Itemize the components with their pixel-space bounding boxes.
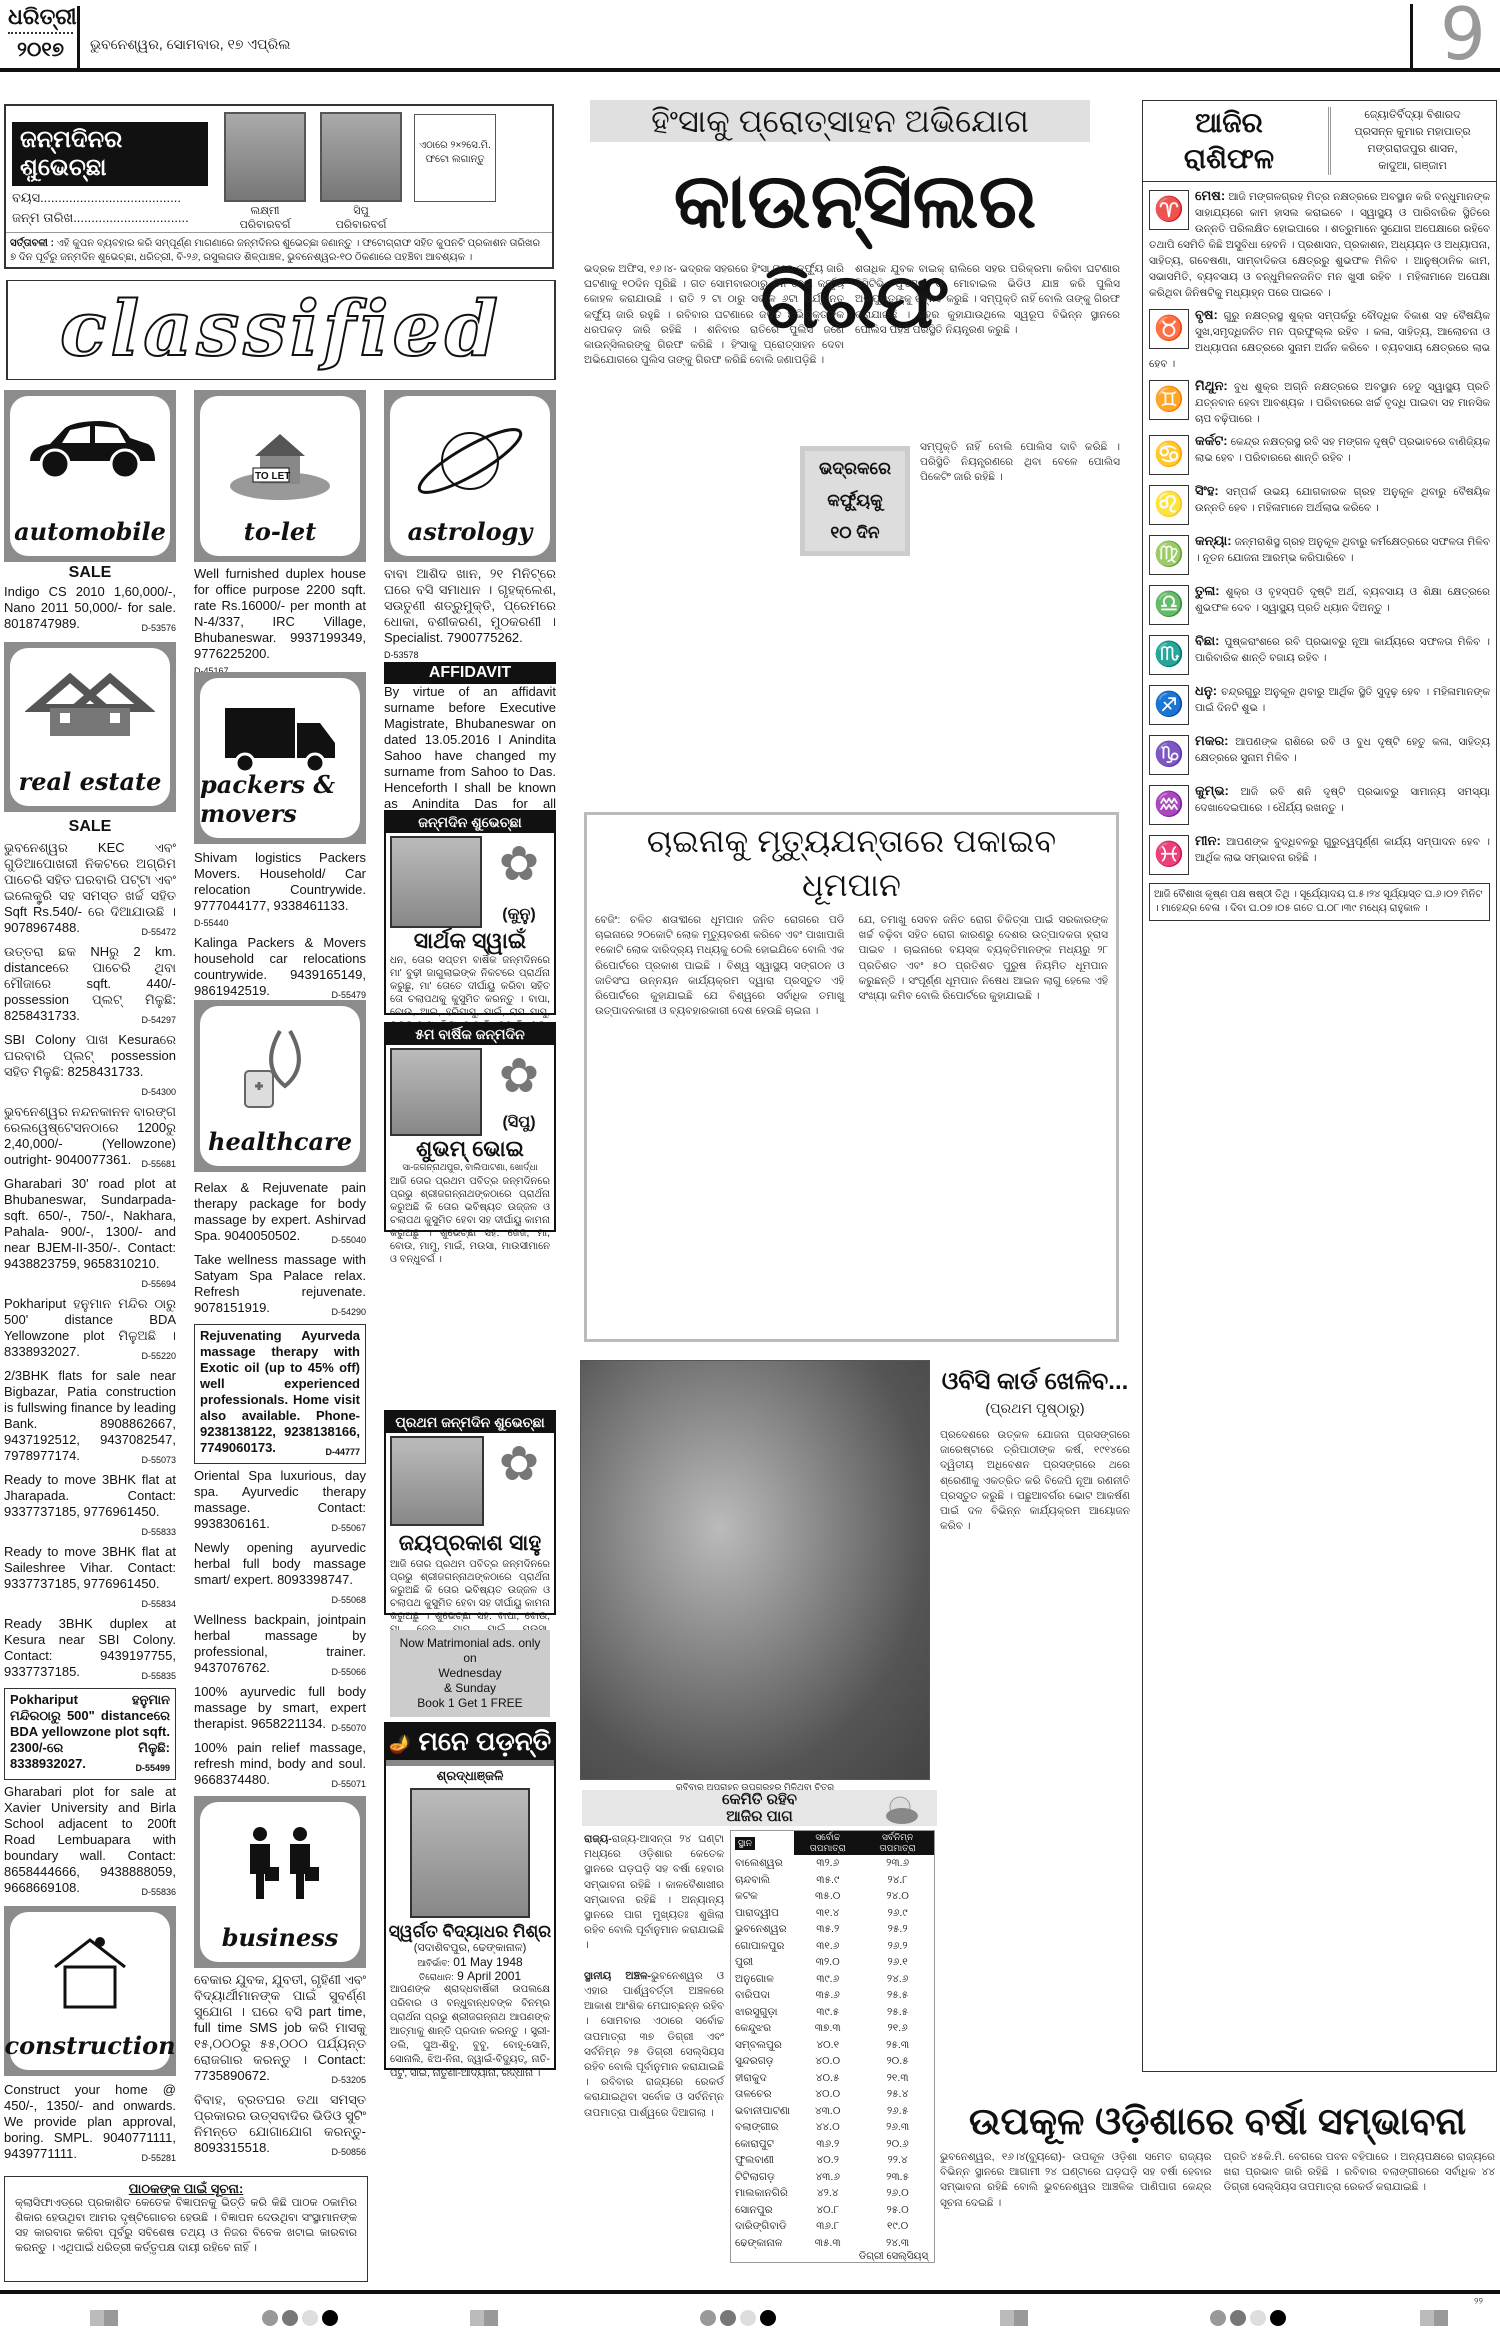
city: ପାରାଦ୍ୱୀପ [731,1905,794,1922]
temperature-row: ଗୋପାଳପୁର୩୧.୬୨୬.୨ [731,1938,934,1955]
ad-item: ବେକାର ଯୁବକ, ଯୁବତୀ, ଗୃହିଣୀ ଏବଂ ବିଦ୍ୟାର୍ଥୀ… [194,1972,366,2088]
rain-col-2: ପ୍ରତି ୪୫କି.ମି. ବେଗରେ ପବନ ବହିପାରେ । ଅନ୍ୟପ… [1224,2150,1496,2211]
smoking-headline[interactable]: ଚାଇନାକୁ ମୃତ୍ୟୁଯନ୍ତାରେ ପକାଇବ ଧୂମପାନ [595,819,1108,907]
max-temp: ୩୭.୩ [794,2020,861,2037]
readers-notice: ପାଠକଙ୍କ ପାଇଁ ସୂଚନା: କ୍ଲାସିଫାଏଡ୍‌ରେ ପ୍ରକା… [4,2176,368,2282]
category-label: healthcare [208,1127,352,1156]
ad-item: Newly opening ayurvedic herbal full body… [194,1540,366,1608]
min-temp: ୨୪.୩ [861,2235,934,2252]
to-let-house-icon: TO LET [200,416,360,506]
ad-item: Ready to move 3BHK flat at Saileshree Vi… [4,1544,176,1612]
healthcare-ads: Relax & Rejuvenate pain therapy package … [194,1180,366,1792]
zodiac-text: ଶୁକ୍ର ଓ ବୃହସ୍ପତି ଦୃଷ୍ଟି ଅର୍ଥ, ବ୍ୟବସାୟ ଓ … [1195,586,1490,614]
category-construction[interactable]: construction [4,1906,176,2076]
zodiac-name: ମିଥୁନ: [1195,378,1228,393]
category-label: automobile [14,517,166,546]
max-temp: ୪୩.୦ [794,2103,861,2120]
min-temp: ୨୩.୫ [861,2169,934,2186]
max-temp: ୪୦.୫ [794,2070,861,2087]
obc-headline[interactable]: ଓବିସି କାର୍ଡ ଖେଳିବ... [935,1368,1135,1396]
greeting-body: ଆଜି ତୋର ପ୍ରଥମ ପବିତ୍ର ଜନ୍ମଦିନରେ ପ୍ରଭୁ ଶ୍ର… [386,1175,554,1266]
registration-mark [90,2310,118,2326]
ad-item: SBI Colony ପାଖ Kesuraରେ ଘରବାରି ପ୍ଲଟ୍ pos… [4,1032,176,1100]
zodiac-text: ବୁଧ ଶୁକ୍ର ଅଗ୍ନି ନକ୍ଷତ୍ରରେ ଅବସ୍ଥାନ ହେତୁ ସ… [1195,381,1490,425]
min-temp: ୨୪.୮ [861,1872,934,1889]
flower-icon: ✿ [486,1048,552,1104]
obituary-place: (ସଦାଶିବପୁର, ଢେଙ୍କାନାଳ) [386,1942,554,1955]
min-temp: ୨୦.୬ [861,2136,934,2153]
temperature-row: ତାଳଚେର୪୦.୦୨୫.୪ [731,2086,934,2103]
max-temp: ୩୫.୦ [794,1888,861,1905]
sale-heading: SALE [4,564,176,582]
max-temp: ୩୯.୫ [794,2004,861,2021]
min-temp: ୨୧.୬ [861,2020,934,2037]
zodiac-text: ପୁଷ୍କରାଂଶରେ ରବି ପ୍ରଭାବରୁ ନୂଆ କାର୍ଯ୍ୟରେ ସ… [1195,636,1490,664]
zodiac-name: ବୃଷ: [1195,307,1218,322]
city: ତାଳଚେର [731,2086,794,2103]
zodiac-text: ଚନ୍ଦ୍ରଗୁରୁ ଅନୁକୂଳ ଥିବାରୁ ଆର୍ଥିକ ସ୍ଥିତି ସ… [1195,686,1490,714]
zodiac-text: ଆଜି ମଙ୍ଗଳଗ୍ରହ ମିତ୍ର ନକ୍ଷତ୍ରରେ ଅବସ୍ଥାନ କର… [1149,191,1490,299]
zodiac-sign-entry: ♑ମକର: ଆପଣଙ୍କ ରାଶିରେ ରବି ଓ ବୁଧ ଦୃଷ୍ଟି ହେତ… [1149,733,1490,777]
max-temp: ୪୪.୦ [794,2119,861,2136]
coupon-terms: ସର୍ତ୍ତାବଳୀ : ଏହି କୁପନ ବ୍ୟବହାର କରି ସମ୍ପୂର… [6,232,552,269]
masthead: ଧରିତ୍ରୀ ୨୦୧୭ ଭୁବନେଶ୍ୱର, ସୋମବାର, ୧୭ ଏପ୍ରି… [0,0,1500,72]
ad-item: Wellness backpain, jointpain herbal mass… [194,1612,366,1680]
zodiac-sign-entry: ♏ବିଛା: ପୁଷ୍କରାଂଶରେ ରବି ପ୍ରଭାବରୁ ନୂଆ କାର୍… [1149,633,1490,677]
business-ads: ବେକାର ଯୁବକ, ଯୁବତୀ, ଗୃହିଣୀ ଏବଂ ବିଦ୍ୟାର୍ଥୀ… [194,1972,366,2160]
flower-icon: ✿ [486,836,552,892]
lead-kicker: ହିଂସାକୁ ପ୍ରୋତ୍ସାହନ ଅଭିଯୋଗ [590,100,1090,142]
temperature-row: ଟିଟିଲାଗଡ଼୪୩.୬୨୩.୫ [731,2169,934,2186]
logo-name: ଧରିତ୍ରୀ [8,2,73,32]
zodiac-text: ଜନ୍ମରାଶିସ୍ଥ ଗ୍ରହ ଅନୁକୂଳ ଥିବାରୁ କର୍ମକ୍ଷେତ… [1195,536,1490,564]
color-registration-dots [700,2310,776,2326]
notice-body: କ୍ଲାସିଫାଏଡ୍‌ରେ ପ୍ରକାଶିତ କେତେକ ବିଜ୍ଞାପନକୁ… [15,2196,357,2256]
zodiac-name: କର୍କଟ: [1195,433,1228,448]
zodiac-sign-entry: ♋କର୍କଟ: କେନ୍ଦ୍ର ନକ୍ଷତ୍ରସ୍ଥ ରବି ସହ ମଙ୍ଗଳ … [1149,433,1490,477]
temperature-row: ସୋନପୁର୪୦.୮୨୫.୦ [731,2202,934,2219]
max-temp: ୩୫.୬ [794,1987,861,2004]
greeting-header: ଜନ୍ମଦିନ ଶୁଭେଚ୍ଛା [386,812,554,833]
zodiac-sign-entry: ♒କୁମ୍ଭ: ଆଜି ରବି ଶନି ଦୃଷ୍ଟି ପ୍ରଭାବରୁ ସାମା… [1149,783,1490,827]
zodiac-name: ମେଷ: [1195,188,1225,203]
max-temp: ୩୨.୦ [794,1954,861,1971]
greeting-name: ଜୟପ୍ରକାଶ ସାହୁ [386,1530,554,1556]
temperature-row: ଦାରିଙ୍ଗିବାଡି୩୬.୮୧୯.୦ [731,2218,934,2235]
category-healthcare[interactable]: healthcare [194,1000,366,1172]
city: ମାଲକାନଗିରି [731,2185,794,2202]
max-temp: ୩୫.୨ [794,1921,861,1938]
category-automobile[interactable]: automobile [4,390,176,562]
zodiac-icon: ♋ [1149,435,1189,475]
zodiac-name: ମକର: [1195,733,1229,748]
zodiac-icon: ♓ [1149,835,1189,875]
temperature-row: ଭବାନୀପାଟଣା୪୩.୦୨୬.୫ [731,2103,934,2120]
zodiac-icon: ♎ [1149,585,1189,625]
zodiac-sign-entry: ♎ତୁଳା: ଶୁକ୍ର ଓ ବୃହସ୍ପତି ଦୃଷ୍ଟି ଅର୍ଥ, ବ୍ୟ… [1149,583,1490,627]
obituary-name: ସ୍ୱର୍ଗତ ବିଦ୍ୟାଧର ମିଶ୍ର [386,1922,554,1942]
city: ଟିଟିଲାଗଡ଼ [731,2169,794,2186]
min-temp: ୨୫.୨ [861,1921,934,1938]
max-temp: ୪୦.୨ [794,2152,861,2169]
ad-item: ବିବାହ, ବ୍ରତଘର ତଥା ସମସ୍ତ ପ୍ରକାରର ଉତ୍ସବାଦି… [194,2092,366,2160]
greeting-header: ୫ମ ବାର୍ଷିକ ଜନ୍ମଦିନ [386,1024,554,1045]
zodiac-icon: ♌ [1149,485,1189,525]
zodiac-icon: ♐ [1149,685,1189,725]
real-estate-ads: ଭୁବନେଶ୍ୱର KEC ଏବଂ ଗୁଡିଆପୋଖରୀ ନିକଟରେ ଅଗ୍ର… [4,840,176,1900]
min-temp: ୨୩.୬ [861,1855,934,1872]
city: ଭୁବନେଶ୍ୱର [731,1921,794,1938]
birthday-coupon: ଜନ୍ମଦିନର ଶୁଭେଚ୍ଛା ନାମ...................… [4,104,554,269]
smoking-story: ଚାଇନାକୁ ମୃତ୍ୟୁଯନ୍ତାରେ ପକାଇବ ଧୂମପାନ ବେଜିଂ… [584,812,1119,1342]
category-label: business [222,1923,339,1952]
max-temp: ୩୯.୬ [794,1971,861,1988]
temperature-row: ଢେଙ୍କାନାଳ୩୫.୩୨୪.୩ [731,2235,934,2252]
temperature-row: ସୁନ୍ଦରଗଡ଼୪୦.୦୨୦.୫ [731,2053,934,2070]
sample-photo-1 [224,112,306,202]
obituary-subheader: ଶ୍ରଦ୍ଧାଞ୍ଜଳି [386,1768,554,1784]
temperature-row: କେନ୍ଦୁଝର୩୭.୩୨୧.୬ [731,2020,934,2037]
age-field[interactable]: ବୟସ.....................................… [12,190,202,206]
ad-item: Gharabari plot for sale at Xavier Univer… [4,1784,176,1900]
temperature-row: କଟକ୩୫.୦୨୪.୦ [731,1888,934,1905]
city: ଗୋପାଳପୁର [731,1938,794,1955]
car-icon [10,416,170,486]
ad-item: 2/3BHK flats for sale near Bigbazar, Pat… [4,1368,176,1468]
zodiac-name: କନ୍ୟା: [1195,533,1232,548]
max-temp: ୩୬.୮ [794,2218,861,2235]
zodiac-icon: ♈ [1149,190,1189,230]
city: ସୁନ୍ଦରଗଡ଼ [731,2053,794,2070]
city: ଝାରସୁଗୁଡ଼ା [731,2004,794,2021]
temperature-row: ଭୁବନେଶ୍ୱର୩୫.୨୨୫.୨ [731,1921,934,1938]
ad-item: ଭୁବନେଶ୍ୱର KEC ଏବଂ ଗୁଡିଆପୋଖରୀ ନିକଟରେ ଅଗ୍ର… [4,840,176,940]
photo-caption-2: ସିପୁପରିବାରବର୍ଗ [320,204,402,232]
category-packers-movers[interactable]: packers & movers [194,672,366,844]
sale-heading: SALE [4,818,176,836]
min-temp: ୨୬.୨ [861,1938,934,1955]
construction-house-icon [10,1932,170,2012]
city: କଟକ [731,1888,794,1905]
ad-item: Oriental Spa luxurious, day spa. Ayurved… [194,1468,366,1536]
min-temp: ୨୧.୩ [861,2070,934,2087]
registration-mark [1420,2310,1448,2326]
ad-automobile: Indigo CS 2010 1,60,000/-, Nano 2011 50,… [4,584,176,636]
obituary-header: 🪔 ମନେ ପଡ଼ନ୍ତି [386,1724,554,1766]
greeting-nickname: (କୁନୁ) [486,906,552,924]
temperature-row: ହୀରାକୁଦ୪୦.୫୨୧.୩ [731,2070,934,2087]
zodiac-sign-entry: ♉ବୃଷ: ଗୁରୁ ନକ୍ଷତ୍ରସ୍ଥ ଶୁକ୍ର ସମ୍ପର୍କରୁ ବୌ… [1149,307,1490,372]
city: କେନ୍ଦୁଝର [731,2020,794,2037]
temperature-row: ପାରାଦ୍ୱୀପ୩୧.୪୨୬.୯ [731,1905,934,1922]
zodiac-text: ଆପଣଙ୍କ ରାଶିରେ ରବି ଓ ବୁଧ ଦୃଷ୍ଟି ହେତୁ କଳା,… [1195,736,1490,764]
city: ସୋନପୁର [731,2202,794,2219]
planet-icon [390,416,550,506]
city: କୋରାପୁଟ [731,2136,794,2153]
min-temp: ୨୬.୩ [861,2119,934,2136]
smoking-col-1: ବେଜିଂ: ଚଳିତ ଶତାବ୍ଦୀରେ ଧୂମପାନ ଜନିତ ରୋଗରେ … [595,913,845,1019]
zodiac-icon: ♑ [1149,735,1189,775]
category-label: construction [4,2031,175,2060]
notice-title: ପାଠକଙ୍କ ପାଇଁ ସୂଚନା: [15,2181,357,2196]
zodiac-icon: ♊ [1149,380,1189,420]
affidavit-heading: AFFIDAVIT [384,662,556,684]
satellite-image [580,1360,930,1780]
dob-field[interactable]: ଜନ୍ମ ତାରିଖ..............................… [12,210,202,226]
min-temp: ୨୪.୦ [861,1888,934,1905]
name-field[interactable]: ନାମ.....................................… [12,170,202,186]
ad-item: Ready 3BHK duplex at Kesura near SBI Col… [4,1616,176,1684]
min-temp: ୨୫.୫ [861,2004,934,2021]
obc-continuation: (ପ୍ରଥମ ପୃଷ୍ଠାରୁ) [935,1400,1135,1417]
category-astrology[interactable]: astrology [384,390,556,562]
birthday-greeting-3: ପ୍ରଥମ ଜନ୍ମଦିନ ଶୁଭେଚ୍ଛା ✿ ଜୟପ୍ରକାଶ ସାହୁ ଆ… [384,1410,556,1615]
photo-placeholder[interactable]: ଏଠାରେ ୨×୨ସେ.ମି. ଫଟୋ ଲଗାନ୍ତୁ [414,114,496,202]
zodiac-name: କୁମ୍ଭ: [1195,783,1229,798]
child-photo [390,1048,482,1136]
baby-photo [390,1436,484,1526]
portrait-photo [410,1788,530,1918]
min-temp: ୨୬.୫ [861,2103,934,2120]
business-people-icon [200,1822,360,1902]
ad-item: ଭୁବନେଶ୍ୱର ନନ୍ଦନକାନନ ବାରଙ୍ଗ ରେଲୱେଷ୍ଟେସନଠା… [4,1104,176,1172]
footer-rule [0,2290,1500,2294]
city: ବାରିପଦା [731,1987,794,2004]
ad-item: 100% ayurvedic full body massage by smar… [194,1684,366,1736]
ad-item: Shivam logistics Packers Movers. Househo… [194,850,366,931]
newspaper-logo[interactable]: ଧରିତ୍ରୀ ୨୦୧୭ [8,2,73,64]
page-code: ୨୨ [1474,2296,1483,2307]
zodiac-icon: ♉ [1149,309,1189,349]
city: ଚାନ୍ଦବାଲି [731,1872,794,1889]
temperature-table: ସ୍ଥାନ ସର୍ବୋଚ୍ଚ ତାପମାତ୍ରା ସର୍ବନିମ୍ନ ତାପମା… [730,1830,935,2263]
ad-item: Pokhariput ହନୁମାନ ମନ୍ଦିର ଠାରୁ 500' dista… [4,1296,176,1364]
min-temp: ୧୯.୦ [861,2218,934,2235]
masthead-divider [77,6,80,72]
obituary: 🪔 ମନେ ପଡ଼ନ୍ତି ଶ୍ରଦ୍ଧାଞ୍ଜଳି ସ୍ୱର୍ଗତ ବିଦ୍ୟ… [384,1722,556,2070]
min-temp: ୨୦.୫ [861,2053,934,2070]
temperature-row: ସମ୍ବଲପୁର୪୦.୧୨୫.୩ [731,2037,934,2054]
greeting-nickname: (ସିପୁ) [486,1114,552,1132]
category-label: packers & movers [200,770,360,828]
matrimonial-notice: Now Matrimonial ads. only onWednesday& S… [390,1630,550,1717]
lead-body-col-2: ଶତାଧିକ ଯୁବକ ବାଇକ୍ ରାଲିରେ ସହର ପରିକ୍ରମା କର… [855,262,1120,432]
pull-quote: ଭଦ୍ରକରେକର୍ଫ୍ୟୁକୁ୧୦ ଦିନ [800,446,910,556]
boxed-ad: Rejuvenating Ayurveda massage therapy wi… [194,1324,366,1464]
zodiac-text: କେନ୍ଦ୍ର ନକ୍ଷତ୍ରସ୍ଥ ରବି ସହ ମଙ୍ଗଳ ଦୃଷ୍ଟି ପ… [1195,436,1490,464]
category-business[interactable]: business [194,1796,366,1968]
zodiac-icon: ♒ [1149,785,1189,825]
packers-ads: Shivam logistics Packers Movers. Househo… [194,850,366,1003]
panji-box: ଆଜି ବୈଶାଖ କୃଷ୍ଣ ପକ୍ଷ ଷଷ୍ଠୀ ତିଥି । ସୂର୍ଯ୍… [1149,883,1490,921]
birthday-greeting-1: ଜନ୍ମଦିନ ଶୁଭେଚ୍ଛା ✿ (କୁନୁ) ସାର୍ଥକ ସ୍ୱାଇଁ … [384,810,556,1015]
child-photo [390,836,482,928]
page-number: 9 [1440,0,1486,76]
max-temp: ୪୦.୧ [794,2037,861,2054]
min-temp: ୨୫.୩ [861,2037,934,2054]
ad-astrology: ବାବା ଆଶିଦ ଖାନ, ୨୧ ମିନିଟ୍‌ରେ ଘରେ ବସି ସମାଧ… [384,566,556,663]
obc-body: ପ୍ରଦେଶରେ ଉତ୍କଳ ଯୋଜନା ପ୍ରସଙ୍ଗରେ ଜାରେଷ୍ଟାର… [940,1428,1130,2068]
dateline: ଭୁବନେଶ୍ୱର, ସୋମବାର, ୧୭ ଏପ୍ରିଲ [90,36,290,53]
max-temp: ୪୨.୪ [794,2185,861,2202]
zodiac-text: ଆଜି ରବି ଶନି ଦୃଷ୍ଟି ପ୍ରଭାବରୁ ସାମାନ୍ୟ ସମସ୍… [1195,786,1490,814]
ad-to-let: Well furnished duplex house for office p… [194,566,366,679]
ad-item: ଉତ୍ତରା ଛକ NHରୁ 2 km. distanceରେ ପାଚେରି ଥ… [4,944,176,1028]
sample-photo-2 [320,112,402,202]
city: ଦାରିଙ୍ଗିବାଡି [731,2218,794,2235]
min-temp: ୨୫.୫ [861,1987,934,2004]
max-temp: ୪୦.୮ [794,2202,861,2219]
category-label: to-let [244,517,317,546]
ad-item: Take wellness massage with Satyam Spa Pa… [194,1252,366,1320]
horoscope-header: ଆଜିରରାଶିଫଳ ଜ୍ୟୋତିର୍ବିଦ୍ୟା ବିଶାରଦପ୍ରସନ୍ନ … [1142,100,1497,182]
zodiac-sign-entry: ♌ସିଂହ: ସମ୍ପର୍କ ଉଭୟ ଯୋଗକାରକ ଗ୍ରହ ଅନୁକୂଳ ଥ… [1149,483,1490,527]
registration-mark [470,2310,498,2326]
greeting-name: ଶୁଭମ୍ ଭୋଇ [386,1136,554,1162]
zodiac-sign-entry: ♊ମିଥୁନ: ବୁଧ ଶୁକ୍ର ଅଗ୍ନି ନକ୍ଷତ୍ରରେ ଅବସ୍ଥା… [1149,378,1490,427]
city: ଅନୁଗୋଳ [731,1971,794,1988]
truck-icon [200,698,360,778]
logo-year: ୨୦୧୭ [8,32,73,64]
temperature-row: ଚାନ୍ଦବାଲି୩୫.୯୨୪.୮ [731,1872,934,1889]
zodiac-text: ସମ୍ପର୍କ ଉଭୟ ଯୋଗକାରକ ଗ୍ରହ ଅନୁକୂଳ ଥିବାରୁ ବ… [1195,486,1490,514]
ad-item: Relax & Rejuvenate pain therapy package … [194,1180,366,1248]
category-label: real estate [19,767,162,796]
max-temp: ୩୧.୪ [794,1905,861,1922]
zodiac-text: ଆପଣଙ୍କ ବୁଦ୍ଧିବଳରୁ ଗୁରୁତ୍ୱପୂର୍ଣ୍ଣ କାର୍ଯ୍ୟ… [1195,836,1490,864]
greeting-name: ସାର୍ଥକ ସ୍ୱାଇଁ [386,928,554,954]
min-temp: ୨୬.୦ [861,2185,934,2202]
min-temp: ୨୨.୪ [861,2152,934,2169]
min-temp: ୨୬.୯ [861,1905,934,1922]
max-temp: ୩୫.୩ [794,2235,861,2252]
max-temp: ୩୨.୬ [794,1855,861,1872]
max-temp: ୩୫.୯ [794,1872,861,1889]
zodiac-sign-entry: ♐ଧନୁ: ଚନ୍ଦ୍ରଗୁରୁ ଅନୁକୂଳ ଥିବାରୁ ଆର୍ଥିକ ସ୍… [1149,683,1490,727]
sun-cloud-icon [880,1792,920,1826]
photo-caption-1: ଲକ୍ଷ୍ମୀପରିବାରବର୍ଗ [224,204,306,232]
city: ଢେଙ୍କାନାଳ [731,2235,794,2252]
birthday-greeting-2: ୫ମ ବାର୍ଷିକ ଜନ୍ମଦିନ ✿ (ସିପୁ) ଶୁଭମ୍ ଭୋଇ ସା… [384,1022,556,1232]
max-temp: ୪୦.୦ [794,2053,861,2070]
rain-body: ଭୁବନେଶ୍ୱର, ୧୬।୪(ବ୍ୟୁରୋ)- ଉପକୂଳ ଓଡ଼ିଶା ସମ… [940,2150,1495,2211]
category-real-estate[interactable]: real estate [4,642,176,812]
greeting-header: ପ୍ରଥମ ଜନ୍ମଦିନ ଶୁଭେଚ୍ଛା [386,1412,554,1433]
min-temp: ୨୪.୬ [861,1971,934,1988]
flower-icon: ✿ [486,1436,552,1492]
category-label: astrology [408,517,533,546]
zodiac-name: ସିଂହ: [1195,483,1219,498]
ad-item: 100% pain relief massage, refresh mind, … [194,1740,366,1792]
city: ପୁରୀ [731,1954,794,1971]
horoscope-body: ♈ମେଷ: ଆଜି ମଙ୍ଗଳଗ୍ରହ ମିତ୍ର ନକ୍ଷତ୍ରରେ ଅବସ୍… [1142,182,1497,2072]
temperature-row: ମାଲକାନଗିରି୪୨.୪୨୬.୦ [731,2185,934,2202]
rain-headline[interactable]: ଉପକୂଳ ଓଡ଼ିଶାରେ ବର୍ଷା ସମ୍ଭାବନା [935,2100,1500,2144]
obituary-died: ତିରୋଧାନ: 9 April 2001 [386,1969,554,1983]
max-temp: ୪୩.୬ [794,2169,861,2186]
temperature-row: ଝାରସୁଗୁଡ଼ା୩୯.୫୨୫.୫ [731,2004,934,2021]
horoscope-author: ଜ୍ୟୋତିର୍ବିଦ୍ୟା ବିଶାରଦପ୍ରସନ୍ନ କୁମାର ମହାପା… [1328,107,1488,175]
zodiac-name: ମୀନ: [1195,833,1221,848]
smoking-col-2: ଯେ, ତମାଖୁ ସେବନ ଜନିତ ରୋଗ ଚିକିତ୍ସା ପାଇଁ ସର… [859,913,1109,1019]
horoscope-title: ଆଜିରରାଶିଫଳ [1149,105,1309,177]
temperature-row: ବଲାଙ୍ଗୀର୪୪.୦୨୬.୩ [731,2119,934,2136]
max-temp: ୩୬.୨ [794,2136,861,2153]
ad-item: Kalinga Packers & Movers household car r… [194,935,366,1003]
city: ହୀରାକୁଦ [731,2070,794,2087]
zodiac-icon: ♍ [1149,535,1189,575]
city: ସମ୍ବଲପୁର [731,2037,794,2054]
city: ଫୁଲବାଣୀ [731,2152,794,2169]
obituary-body: ଆପଣଙ୍କ ଶ୍ରାଦ୍ଧବାର୍ଷିକୀ ଉପଲକ୍ଷେ ପରିବାର ଓ … [386,1983,554,2081]
boxed-ad: Pokhariput ହନୁମାନ ମନ୍ଦିରଠାରୁ 500" distan… [4,1688,176,1780]
min-temp: ୨୬.୧ [861,1954,934,1971]
lead-body-col-3: ସମ୍ପୃକ୍ତି ନାହିଁ ବୋଲି ପୋଲିସ ଦାବି କରିଛି । … [920,440,1120,800]
greeting-address: ସା-ଜଗନ୍ନାଥପୁର, ବାଲିପାଟଣା, ଖୋର୍ଦ୍ଧା [386,1162,554,1173]
temperature-row: ବାରିପଦା୩୫.୬୨୫.୫ [731,1987,934,2004]
city: ଭବାନୀପାଟଣା [731,2103,794,2120]
min-temp: ୨୫.୪ [861,2086,934,2103]
temperature-row: ଅନୁଗୋଳ୩୯.୬୨୪.୬ [731,1971,934,1988]
zodiac-icon: ♏ [1149,635,1189,675]
obituary-born: ଆବିର୍ଭାବ: 01 May 1948 [386,1955,554,1969]
ad-item: Ready to move 3BHK flat at Jharapada. Co… [4,1472,176,1540]
ad-item: Gharabari 30' road plot at Bhubaneswar, … [4,1176,176,1292]
city: ବାଲେଶ୍ୱର [731,1855,794,1872]
zodiac-name: ଧନୁ: [1195,683,1217,698]
temperature-row: ପୁରୀ୩୨.୦୨୬.୧ [731,1954,934,1971]
lamp-icon: 🪔 [389,1734,411,1754]
weather-text: ରାଜ୍ୟ-ରାଜ୍ୟ-ଆସନ୍ତା ୨୪ ଘଣ୍ଟା ମଧ୍ୟରେ ଓଡ଼ିଶ… [584,1832,724,2121]
min-temp: ୨୫.୦ [861,2202,934,2219]
registration-mark [1000,2310,1028,2326]
temperature-unit: ଡିଗ୍ରୀ ସେଲ୍‌ସିୟସ୍ [731,2251,934,2262]
max-temp: ୪୦.୦ [794,2086,861,2103]
zodiac-sign-entry: ♍କନ୍ୟା: ଜନ୍ମରାଶିସ୍ଥ ଗ୍ରହ ଅନୁକୂଳ ଥିବାରୁ କ… [1149,533,1490,577]
ad-construction: Construct your home @ 450/-, 1350/- and … [4,2082,176,2166]
svg-text:TO LET: TO LET [255,471,290,482]
zodiac-sign-entry: ♓ମୀନ: ଆପଣଙ୍କ ବୁଦ୍ଧିବଳରୁ ଗୁରୁତ୍ୱପୂର୍ଣ୍ଣ କ… [1149,833,1490,877]
category-to-let[interactable]: TO LET to-let [194,390,366,562]
classified-banner: classified [6,280,556,380]
zodiac-sign-entry: ♈ମେଷ: ଆଜି ମଙ୍ଗଳଗ୍ରହ ମିତ୍ର ନକ୍ଷତ୍ରରେ ଅବସ୍… [1149,188,1490,301]
zodiac-name: ତୁଳା: [1195,583,1220,598]
color-registration-dots [1210,2310,1286,2326]
page-divider [1410,4,1413,72]
temperature-row: ଫୁଲବାଣୀ୪୦.୨୨୨.୪ [731,2152,934,2169]
temperature-row: କୋରାପୁଟ୩୬.୨୨୦.୬ [731,2136,934,2153]
color-registration-dots [262,2310,338,2326]
house-icon [10,668,170,738]
stethoscope-icon [200,1026,360,1116]
temperature-row: ବାଲେଶ୍ୱର୩୨.୬୨୩.୬ [731,1855,934,1872]
zodiac-name: ବିଛା: [1195,633,1219,648]
max-temp: ୩୧.୬ [794,1938,861,1955]
city: ବଲାଙ୍ଗୀର [731,2119,794,2136]
rain-col-1: ଭୁବନେଶ୍ୱର, ୧୬।୪(ବ୍ୟୁରୋ)- ଉପକୂଳ ଓଡ଼ିଶା ସମ… [940,2150,1212,2211]
